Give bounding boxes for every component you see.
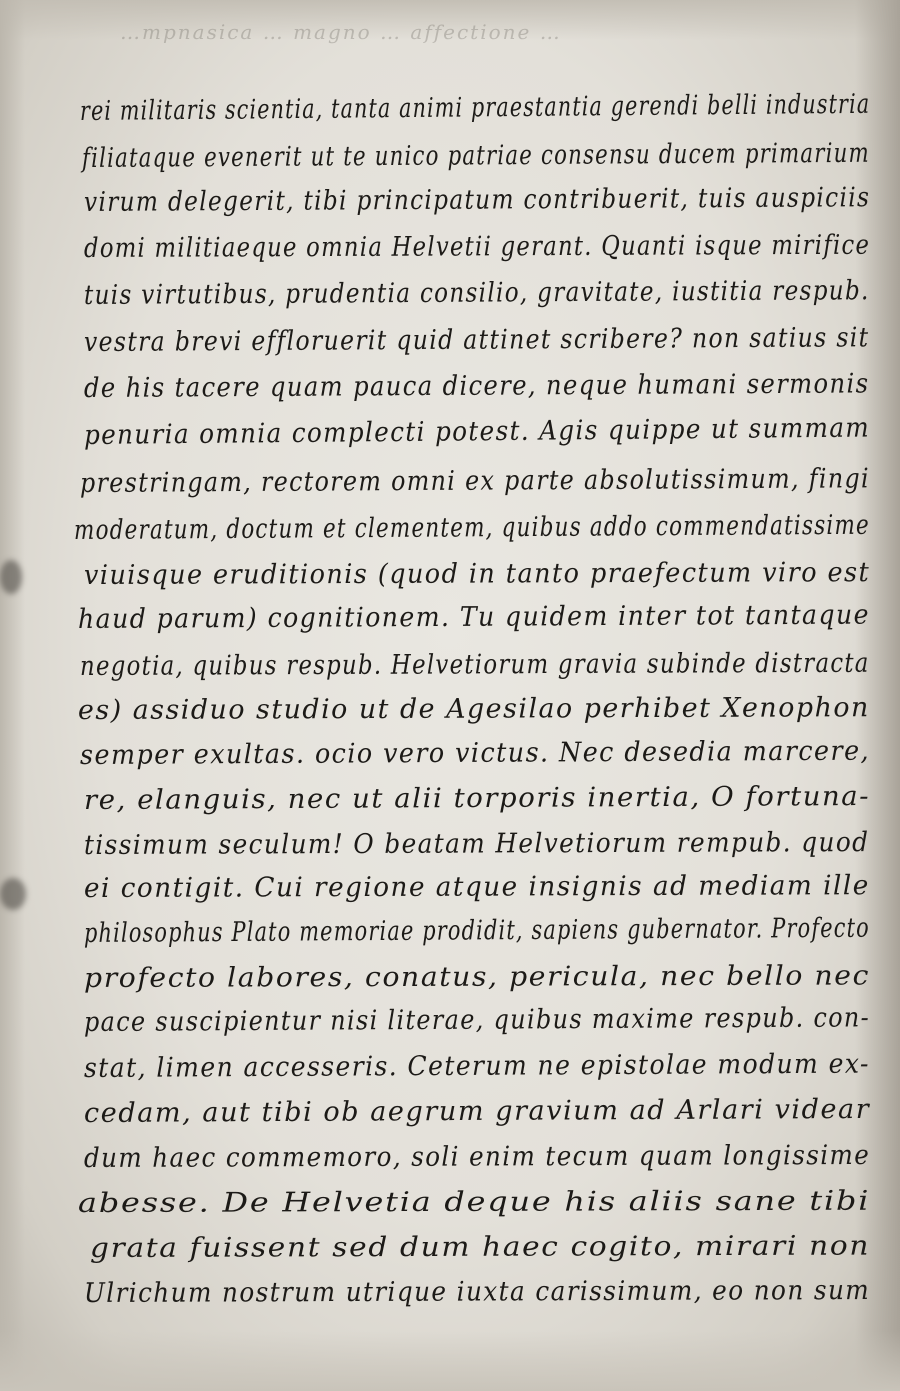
manuscript-line-23: cedam, aut tibi ob aegrum gravium ad Arl… — [84, 1094, 870, 1129]
manuscript-line-16: re, elanguis, nec ut alii torporis inert… — [84, 781, 870, 816]
manuscript-line-6: vestra brevi effloruerit quid attinet sc… — [84, 322, 870, 358]
manuscript-line-22: stat, limen accesseris. Ceterum ne epist… — [84, 1049, 870, 1084]
manuscript-line-24: dum haec commemoro, soli enim tecum quam… — [84, 1140, 870, 1174]
manuscript-line-7: de his tacere quam pauca dicere, neque h… — [84, 368, 869, 404]
manuscript-line-25: abesse. De Helvetia deque his aliis sane… — [78, 1186, 870, 1219]
manuscript-line-15: semper exultas. ocio vero victus. Nec de… — [80, 736, 870, 771]
manuscript-line-19: philosophus Plato memoriae prodidit, sap… — [84, 913, 870, 949]
manuscript-line-21: pace suscipientur nisi literae, quibus m… — [84, 1002, 870, 1038]
manuscript-line-17: tissimum seculum! O beatam Helvetiorum r… — [84, 827, 870, 861]
manuscript-line-4: domi militiaeque omnia Helvetii gerant. … — [84, 230, 870, 264]
ink-stain-left-1 — [0, 560, 22, 594]
paper-edge-bottom — [0, 1331, 900, 1391]
bleed-through-text: …mpnasica … magno … affectione … — [120, 20, 562, 44]
manuscript-line-10: moderatum, doctum et clementem, quibus a… — [74, 510, 870, 546]
paper-edge-left — [0, 0, 25, 1391]
manuscript-line-11: viuisque eruditionis (quod in tanto prae… — [84, 557, 870, 591]
manuscript-line-20: profecto labores, conatus, pericula, nec… — [84, 960, 870, 994]
manuscript-line-13: negotia, quibus respub. Helvetiorum grav… — [80, 648, 870, 682]
manuscript-line-9: prestringam, rectorem omni ex parte abso… — [80, 463, 870, 499]
manuscript-line-1: rei militaris scientia, tanta animi prae… — [80, 89, 870, 127]
ink-stain-left-2 — [0, 878, 26, 910]
manuscript-line-12: haud parum) cognitionem. Tu quidem inter… — [78, 600, 870, 635]
manuscript-line-5: tuis virtutibus, prudentia consilio, gra… — [84, 275, 870, 311]
manuscript-page: …mpnasica … magno … affectione … rei mil… — [0, 0, 900, 1391]
manuscript-line-2: filiataque evenerit ut te unico patriae … — [82, 138, 870, 174]
manuscript-line-27: Ulrichum nostrum utrique iuxta carissimu… — [84, 1275, 870, 1309]
manuscript-line-3: virum delegerit, tibi principatum contri… — [84, 182, 870, 218]
manuscript-line-18: ei contigit. Cui regione atque insignis … — [84, 870, 870, 904]
manuscript-line-8: penuria omnia complecti potest. Agis qui… — [84, 412, 870, 451]
manuscript-line-26: grata fuissent sed dum haec cogito, mira… — [90, 1231, 870, 1264]
manuscript-line-14: es) assiduo studio ut de Agesilao perhib… — [78, 692, 870, 726]
